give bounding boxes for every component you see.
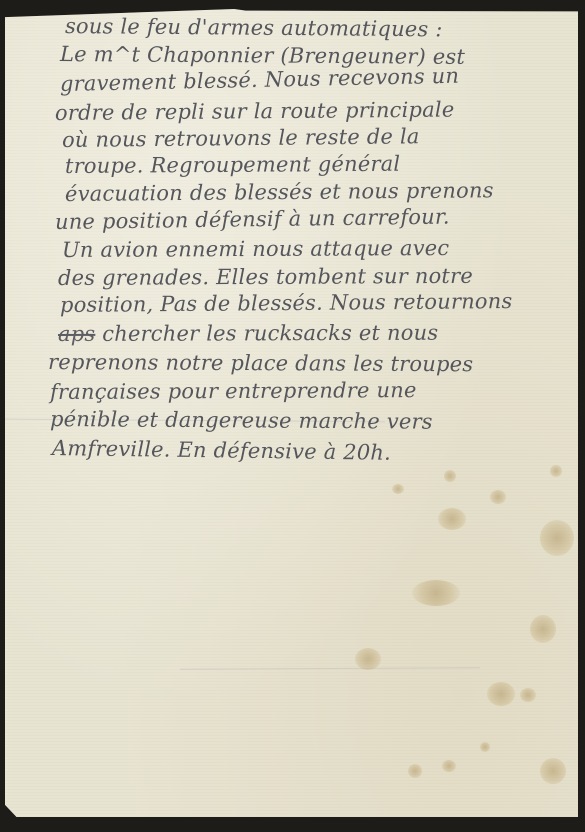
handwritten-line: troupe. Regroupement général (65, 152, 400, 178)
handwritten-line: évacuation des blessés et nous prenons (65, 178, 494, 206)
handwritten-line: reprenons notre place dans les troupes (48, 350, 473, 376)
scan-background: sous le feu d'armes automatiques : Le m^… (0, 0, 585, 832)
handwritten-line: ordre de repli sur la route principale (55, 98, 455, 125)
water-stain (438, 508, 466, 530)
water-stain (355, 648, 381, 670)
water-stain (520, 688, 536, 702)
water-stain (442, 760, 456, 772)
water-stain (480, 742, 490, 752)
handwritten-line: position, Pas de blessés. Nous retournon… (60, 289, 513, 317)
water-stain (408, 764, 422, 778)
handwritten-line: Amfreville. En défensive à 20h. (52, 436, 391, 465)
handwritten-line: pénible et dangereuse marche vers (50, 407, 433, 434)
struck-word: aps (58, 322, 95, 346)
water-stain (490, 490, 506, 504)
handwritten-line-text: chercher les rucksacks et nous (102, 321, 438, 346)
handwritten-line: des grenades. Elles tombent sur notre (58, 264, 473, 290)
water-stain (412, 580, 460, 606)
water-stain (487, 682, 515, 706)
water-stain (392, 484, 404, 494)
handwritten-line: françaises pour entreprendre une (50, 378, 417, 404)
water-stain (530, 615, 556, 643)
handwritten-line: sous le feu d'armes automatiques : (65, 14, 443, 41)
water-stain (540, 520, 574, 556)
water-stain (444, 470, 456, 482)
water-stain (540, 758, 566, 784)
handwritten-line: Un avion ennemi nous attaque avec (62, 236, 449, 262)
water-stain (550, 465, 562, 477)
handwritten-line: où nous retrouvons le reste de la (62, 124, 420, 152)
handwritten-line: aps chercher les rucksacks et nous (58, 321, 438, 346)
